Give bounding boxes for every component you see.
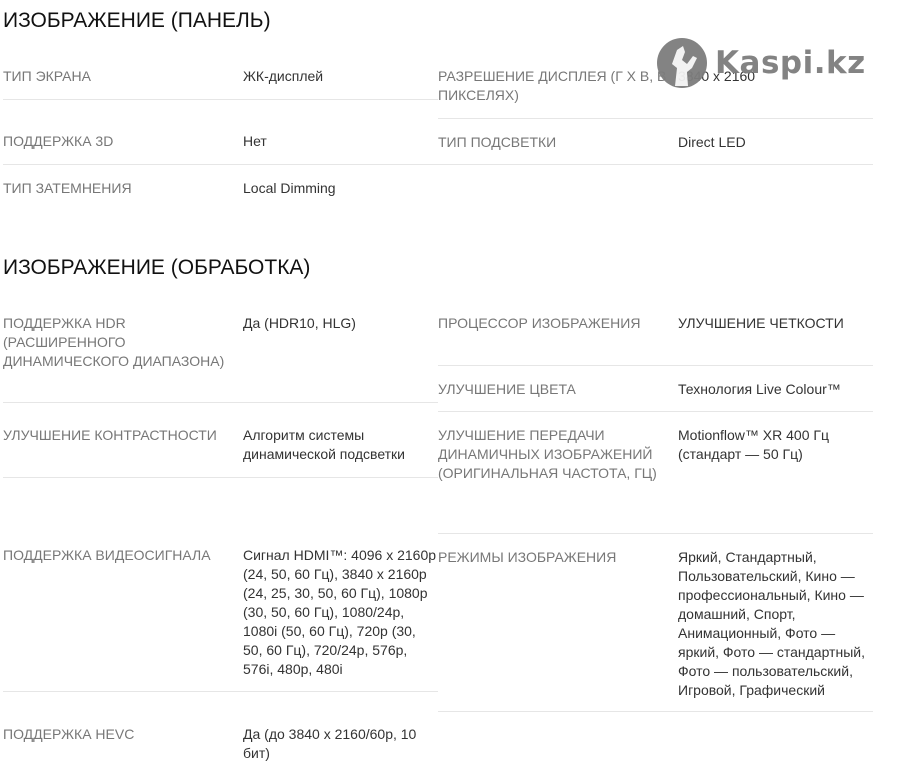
spec-value: Local Dimming [243,179,438,198]
spec-value: 3840 x 2160 [678,67,873,86]
spec-label: ПОДДЕРЖКА ВИДЕОСИГНАЛА [3,546,243,565]
spec-value: Direct LED [678,133,873,152]
spec-value: Алгоритм системы динамической подсветки [243,426,438,464]
spec-label: ПОДДЕРЖКА HDR (РАСШИРЕННОГО ДИНАМИЧЕСКОГ… [3,314,243,371]
spec-label: ТИП ЗАТЕМНЕНИЯ [3,179,243,198]
spec-row-backlight-type: ТИП ПОДСВЕТКИ Direct LED [438,119,873,165]
spec-value: Сигнал HDMI™: 4096 x 2160p (24, 50, 60 Г… [243,546,438,679]
spec-label: УЛУЧШЕНИЕ КОНТРАСТНОСТИ [3,426,243,445]
spec-column-panel-right: РАЗРЕШЕНИЕ ДИСПЛЕЯ (Г Х В, В ПИКСЕЛЯХ) 3… [438,67,873,165]
spec-label: РАЗРЕШЕНИЕ ДИСПЛЕЯ (Г Х В, В ПИКСЕЛЯХ) [438,67,678,105]
spec-label: ТИП ПОДСВЕТКИ [438,133,678,152]
spec-row-picture-modes: РЕЖИМЫ ИЗОБРАЖЕНИЯ Яркий, Стандартный, П… [438,534,873,712]
spec-value: Motionflow™ XR 400 Гц (стандарт — 50 Гц) [678,426,873,464]
spec-value: Да (до 3840 x 2160/60p, 10 бит) [243,725,438,763]
spec-column-processing-right: ПРОЦЕССОР ИЗОБРАЖЕНИЯ УЛУЧШЕНИЕ ЧЕТКОСТИ… [438,314,873,712]
spec-row-hevc-support: ПОДДЕРЖКА HEVC Да (до 3840 x 2160/60p, 1… [3,692,438,763]
spec-row-dimming-type: ТИП ЗАТЕМНЕНИЯ Local Dimming [3,165,438,198]
spec-label: УЛУЧШЕНИЕ ЦВЕТА [438,380,678,399]
spec-value: Яркий, Стандартный, Пользовательский, Ки… [678,548,873,700]
spec-row-3d-support: ПОДДЕРЖКА 3D Нет [3,100,438,165]
spec-value: Технология Live Colour™ [678,380,873,399]
section-title-processing: ИЗОБРАЖЕНИЕ (ОБРАБОТКА) [3,256,310,280]
spec-value: Нет [243,132,438,151]
spec-column-panel-left: ТИП ЭКРАНА ЖК-дисплей ПОДДЕРЖКА 3D Нет Т… [3,67,438,198]
spec-row-screen-type: ТИП ЭКРАНА ЖК-дисплей [3,67,438,100]
spec-label: ТИП ЭКРАНА [3,67,243,86]
spec-value: Да (HDR10, HLG) [243,314,438,333]
spec-label: УЛУЧШЕНИЕ ПЕРЕДАЧИ ДИНАМИЧНЫХ ИЗОБРАЖЕНИ… [438,426,678,483]
spec-row-contrast-enhancement: УЛУЧШЕНИЕ КОНТРАСТНОСТИ Алгоритм системы… [3,403,438,478]
spec-value: УЛУЧШЕНИЕ ЧЕТКОСТИ [678,314,873,333]
spec-row-image-processor: ПРОЦЕССОР ИЗОБРАЖЕНИЯ УЛУЧШЕНИЕ ЧЕТКОСТИ [438,314,873,366]
section-title-panel: ИЗОБРАЖЕНИЕ (ПАНЕЛЬ) [3,9,271,33]
spec-label: ПОДДЕРЖКА HEVC [3,725,243,744]
spec-value: ЖК-дисплей [243,67,438,86]
spec-row-resolution: РАЗРЕШЕНИЕ ДИСПЛЕЯ (Г Х В, В ПИКСЕЛЯХ) 3… [438,67,873,119]
spec-row-motion-enhancement: УЛУЧШЕНИЕ ПЕРЕДАЧИ ДИНАМИЧНЫХ ИЗОБРАЖЕНИ… [438,412,873,534]
spec-label: ПРОЦЕССОР ИЗОБРАЖЕНИЯ [438,314,678,333]
spec-label: ПОДДЕРЖКА 3D [3,132,243,151]
spec-label: РЕЖИМЫ ИЗОБРАЖЕНИЯ [438,548,678,567]
spec-row-video-signal-support: ПОДДЕРЖКА ВИДЕОСИГНАЛА Сигнал HDMI™: 409… [3,478,438,692]
spec-row-hdr-support: ПОДДЕРЖКА HDR (РАСШИРЕННОГО ДИНАМИЧЕСКОГ… [3,314,438,403]
spec-row-color-enhancement: УЛУЧШЕНИЕ ЦВЕТА Технология Live Colour™ [438,366,873,412]
spec-column-processing-left: ПОДДЕРЖКА HDR (РАСШИРЕННОГО ДИНАМИЧЕСКОГ… [3,314,438,763]
